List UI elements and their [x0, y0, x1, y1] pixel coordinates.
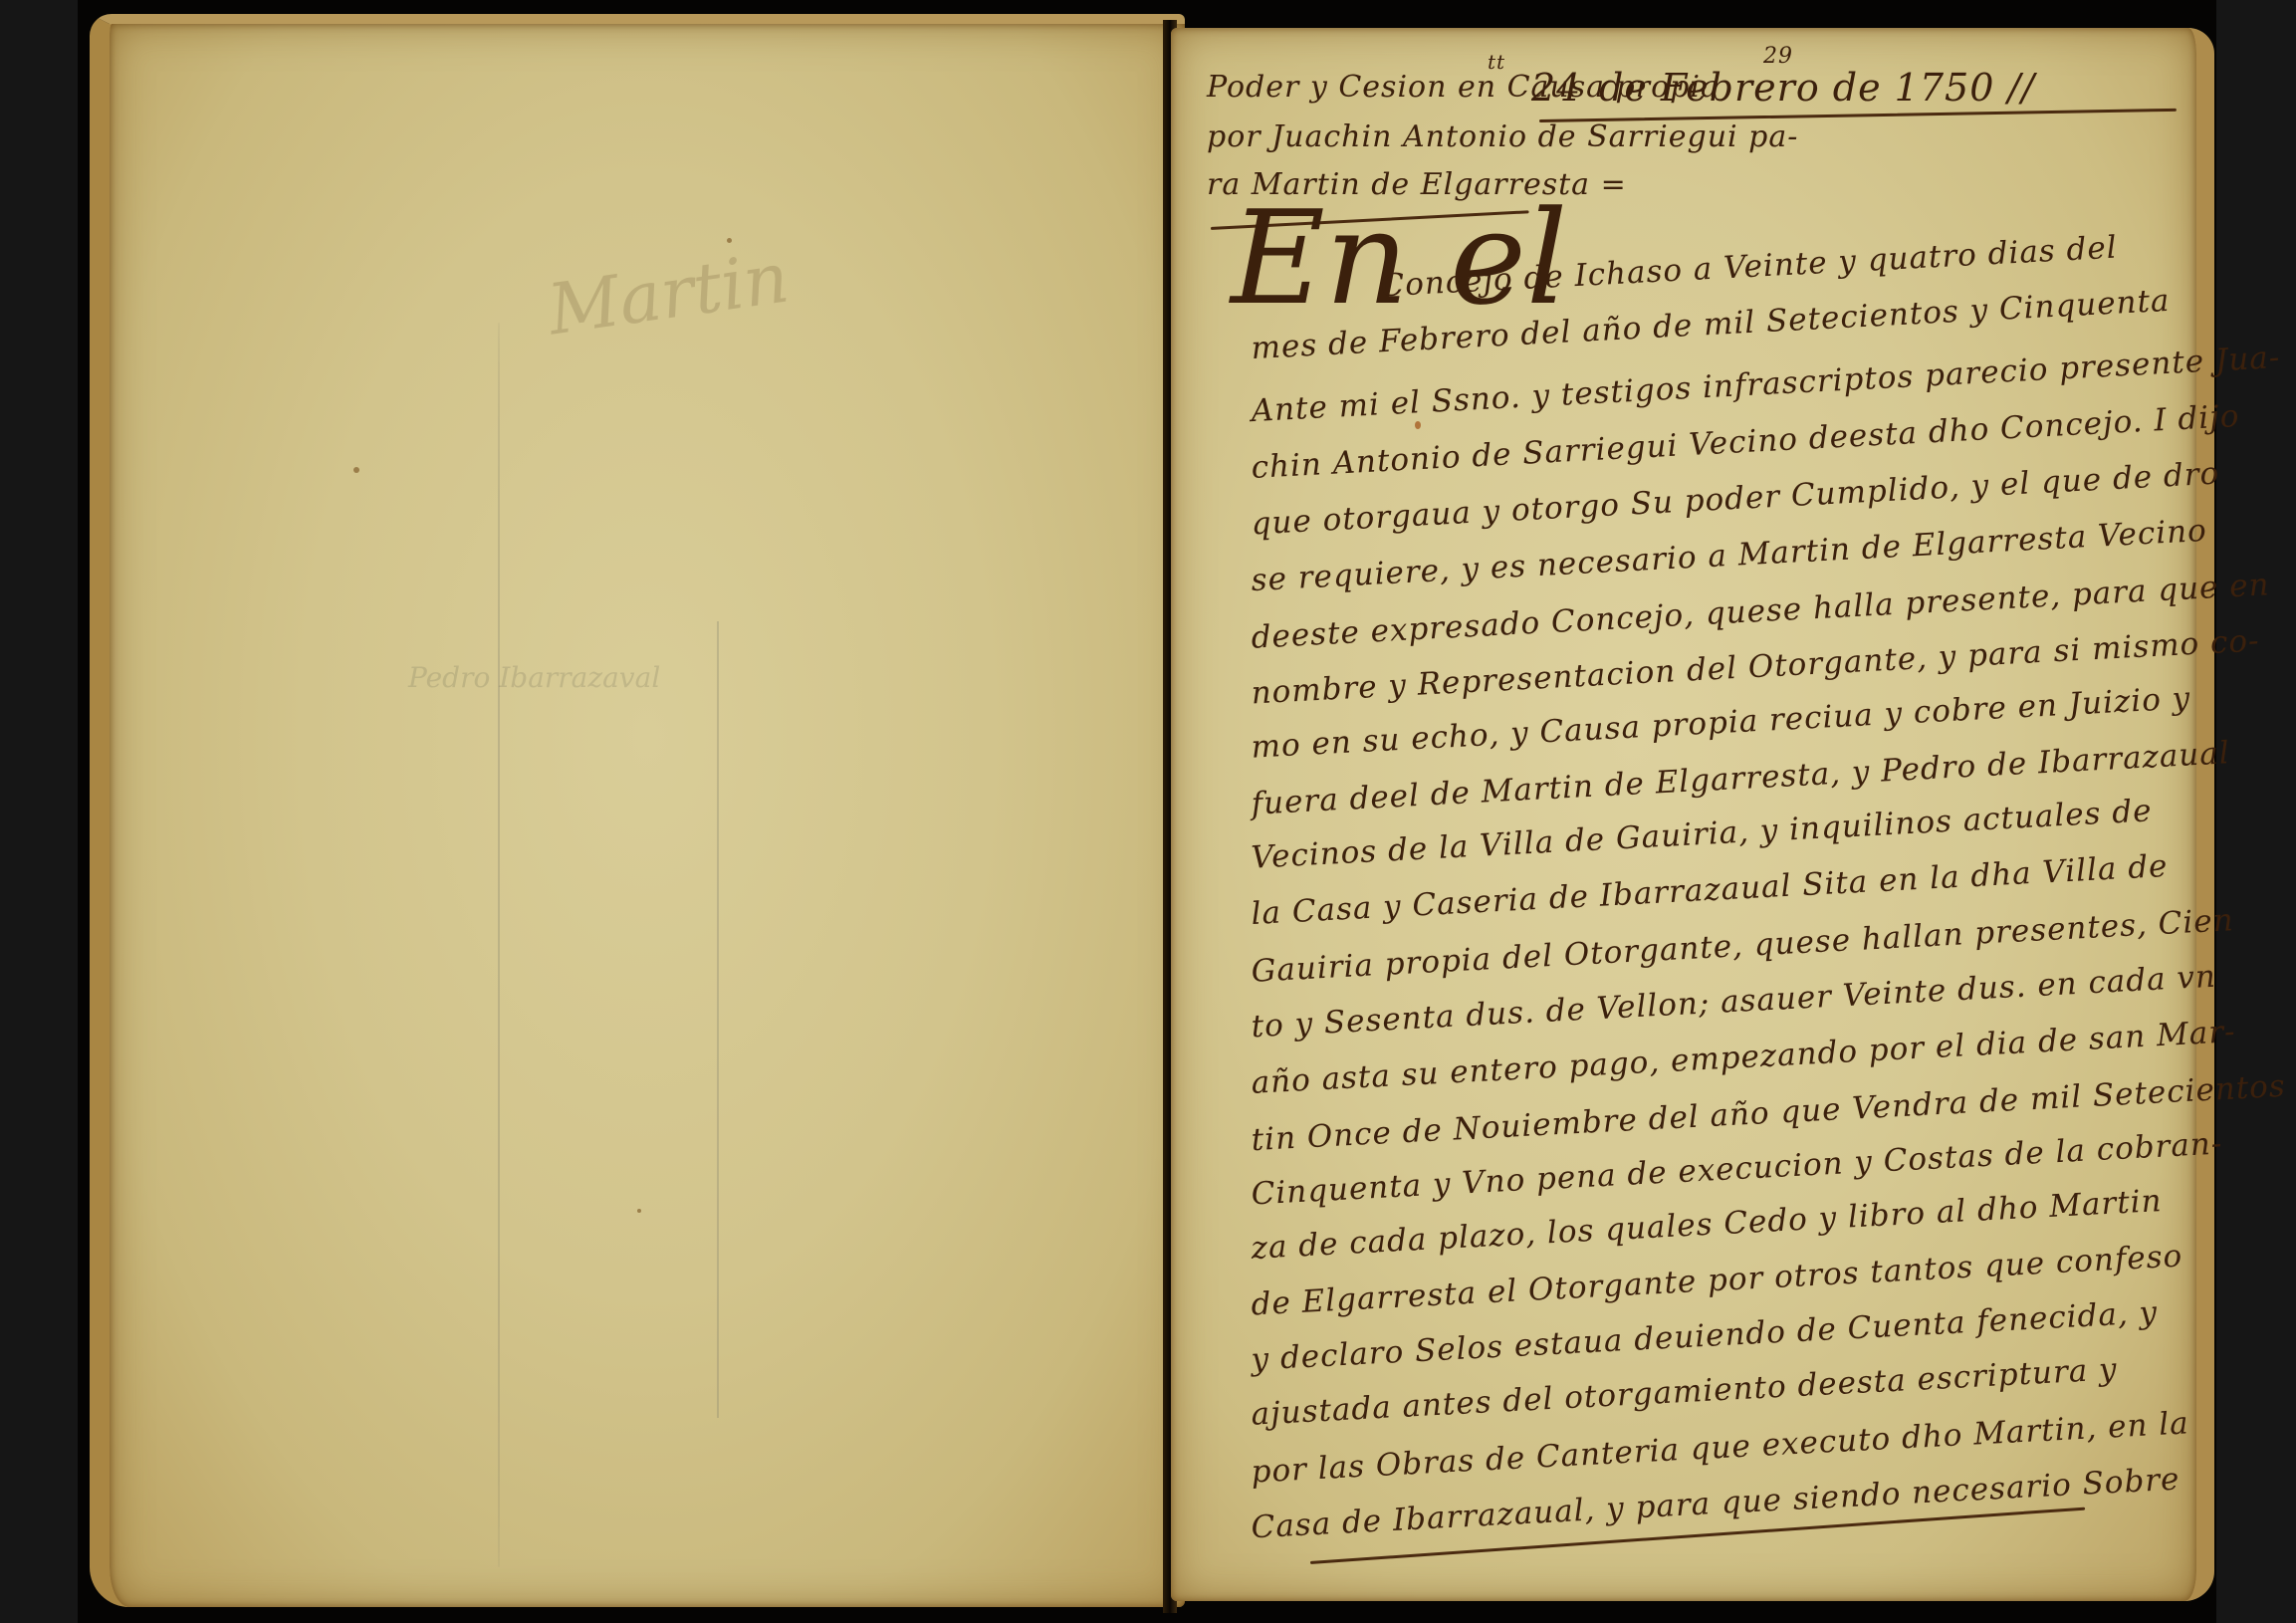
drop-initial: En el: [1231, 182, 1567, 334]
heading-line-2: por Juachin Antonio de Sarriegui pa-: [1207, 119, 1798, 154]
bleed-signature: Martin: [543, 237, 794, 351]
ink-spot: [353, 467, 359, 473]
date-superscript: tt: [1488, 50, 1505, 74]
pencil-margin-line: [498, 323, 500, 1567]
ink-spot: [727, 238, 732, 243]
ink-spot: [1415, 421, 1421, 429]
right-page: Poder y Cesion en Causa propia tt 24 29 …: [1171, 28, 2214, 1601]
date-day: 24: [1531, 66, 1581, 110]
ink-spot: [637, 1209, 641, 1213]
bleed-text: Pedro Ibarrazaval: [408, 661, 660, 694]
left-page: Martin Pedro Ibarrazaval: [90, 14, 1185, 1607]
date-text: de Febrero de 1750 //: [1599, 66, 2035, 110]
pencil-guide-line: [717, 621, 719, 1418]
